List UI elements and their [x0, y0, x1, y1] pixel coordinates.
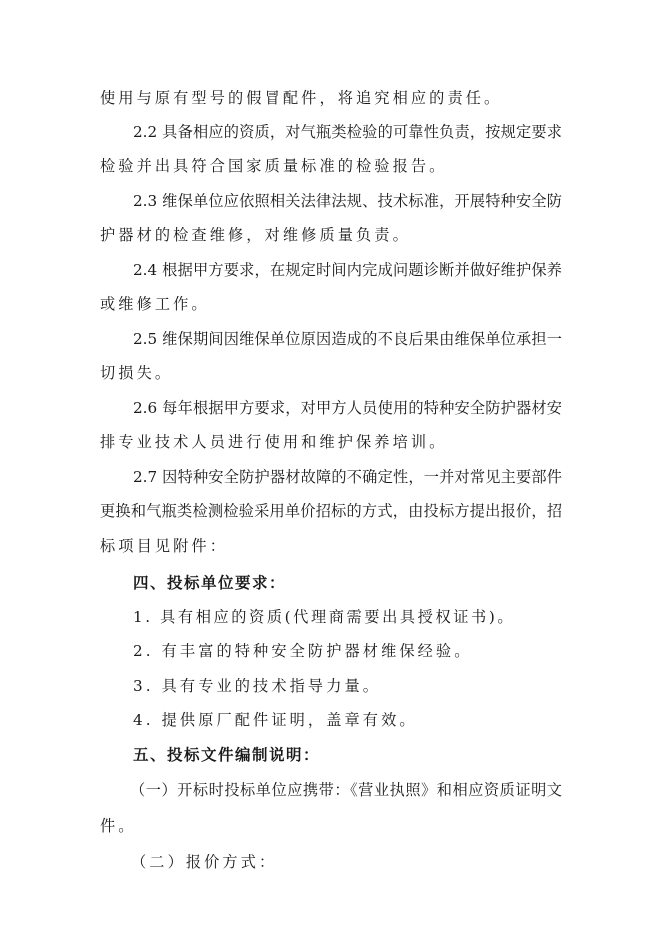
clause-2-7-line: 更换和气瓶类检测检验采用单价招标的方式，由投标方提出报价，招: [100, 501, 562, 521]
section-4-heading: 四、投标单位要求：: [133, 573, 562, 593]
section-4-item: 4. 提供原厂配件证明，盖章有效。: [133, 710, 562, 730]
section-4-item: 2. 有丰富的特种安全防护器材维保经验。: [133, 641, 562, 661]
section-4-item: 1. 具有相应的资质(代理商需要出具授权证书)。: [133, 607, 562, 627]
clause-2-7-line: 标项目见附件：: [100, 536, 562, 556]
clause-2-5-line: 切损失。: [100, 363, 562, 383]
paragraph-line: 使用与原有型号的假冒配件，将追究相应的责任。: [100, 88, 562, 108]
clause-2-6-line: 2.6 每年根据甲方要求，对甲方人员使用的特种安全防护器材安: [133, 398, 562, 418]
clause-2-6-line: 排专业技术人员进行使用和维护保养培训。: [100, 432, 562, 452]
section-5-sub1-line: 件。: [100, 816, 562, 836]
clause-2-3-line: 护器材的检查维修，对维修质量负责。: [100, 225, 562, 245]
clause-2-7-line: 2.7 因特种安全防护器材故障的不确定性，一并对常见主要部件: [133, 467, 562, 487]
section-5-sub2: （二）报价方式：: [131, 852, 593, 872]
section-4-item: 3. 具有专业的技术指导力量。: [133, 676, 562, 696]
clause-2-4-line: 或维修工作。: [100, 294, 562, 314]
section-5-sub1-line: （一）开标时投标单位应携带：《营业执照》和相应资质证明文: [130, 780, 562, 800]
clause-2-4-line: 2.4 根据甲方要求，在规定时间内完成问题诊断并做好维护保养: [133, 260, 562, 280]
clause-2-5-line: 2.5 维保期间因维保单位原因造成的不良后果由维保单位承担一: [133, 329, 562, 349]
clause-2-2-line: 检验并出具符合国家质量标准的检验报告。: [100, 156, 562, 176]
clause-2-2-line: 2.2 具备相应的资质，对气瓶类检验的可靠性负责，按规定要求: [133, 122, 562, 142]
section-5-heading: 五、投标文件编制说明：: [133, 745, 562, 765]
clause-2-3-line: 2.3 维保单位应依照相关法律法规、技术标准，开展特种安全防: [133, 191, 562, 211]
